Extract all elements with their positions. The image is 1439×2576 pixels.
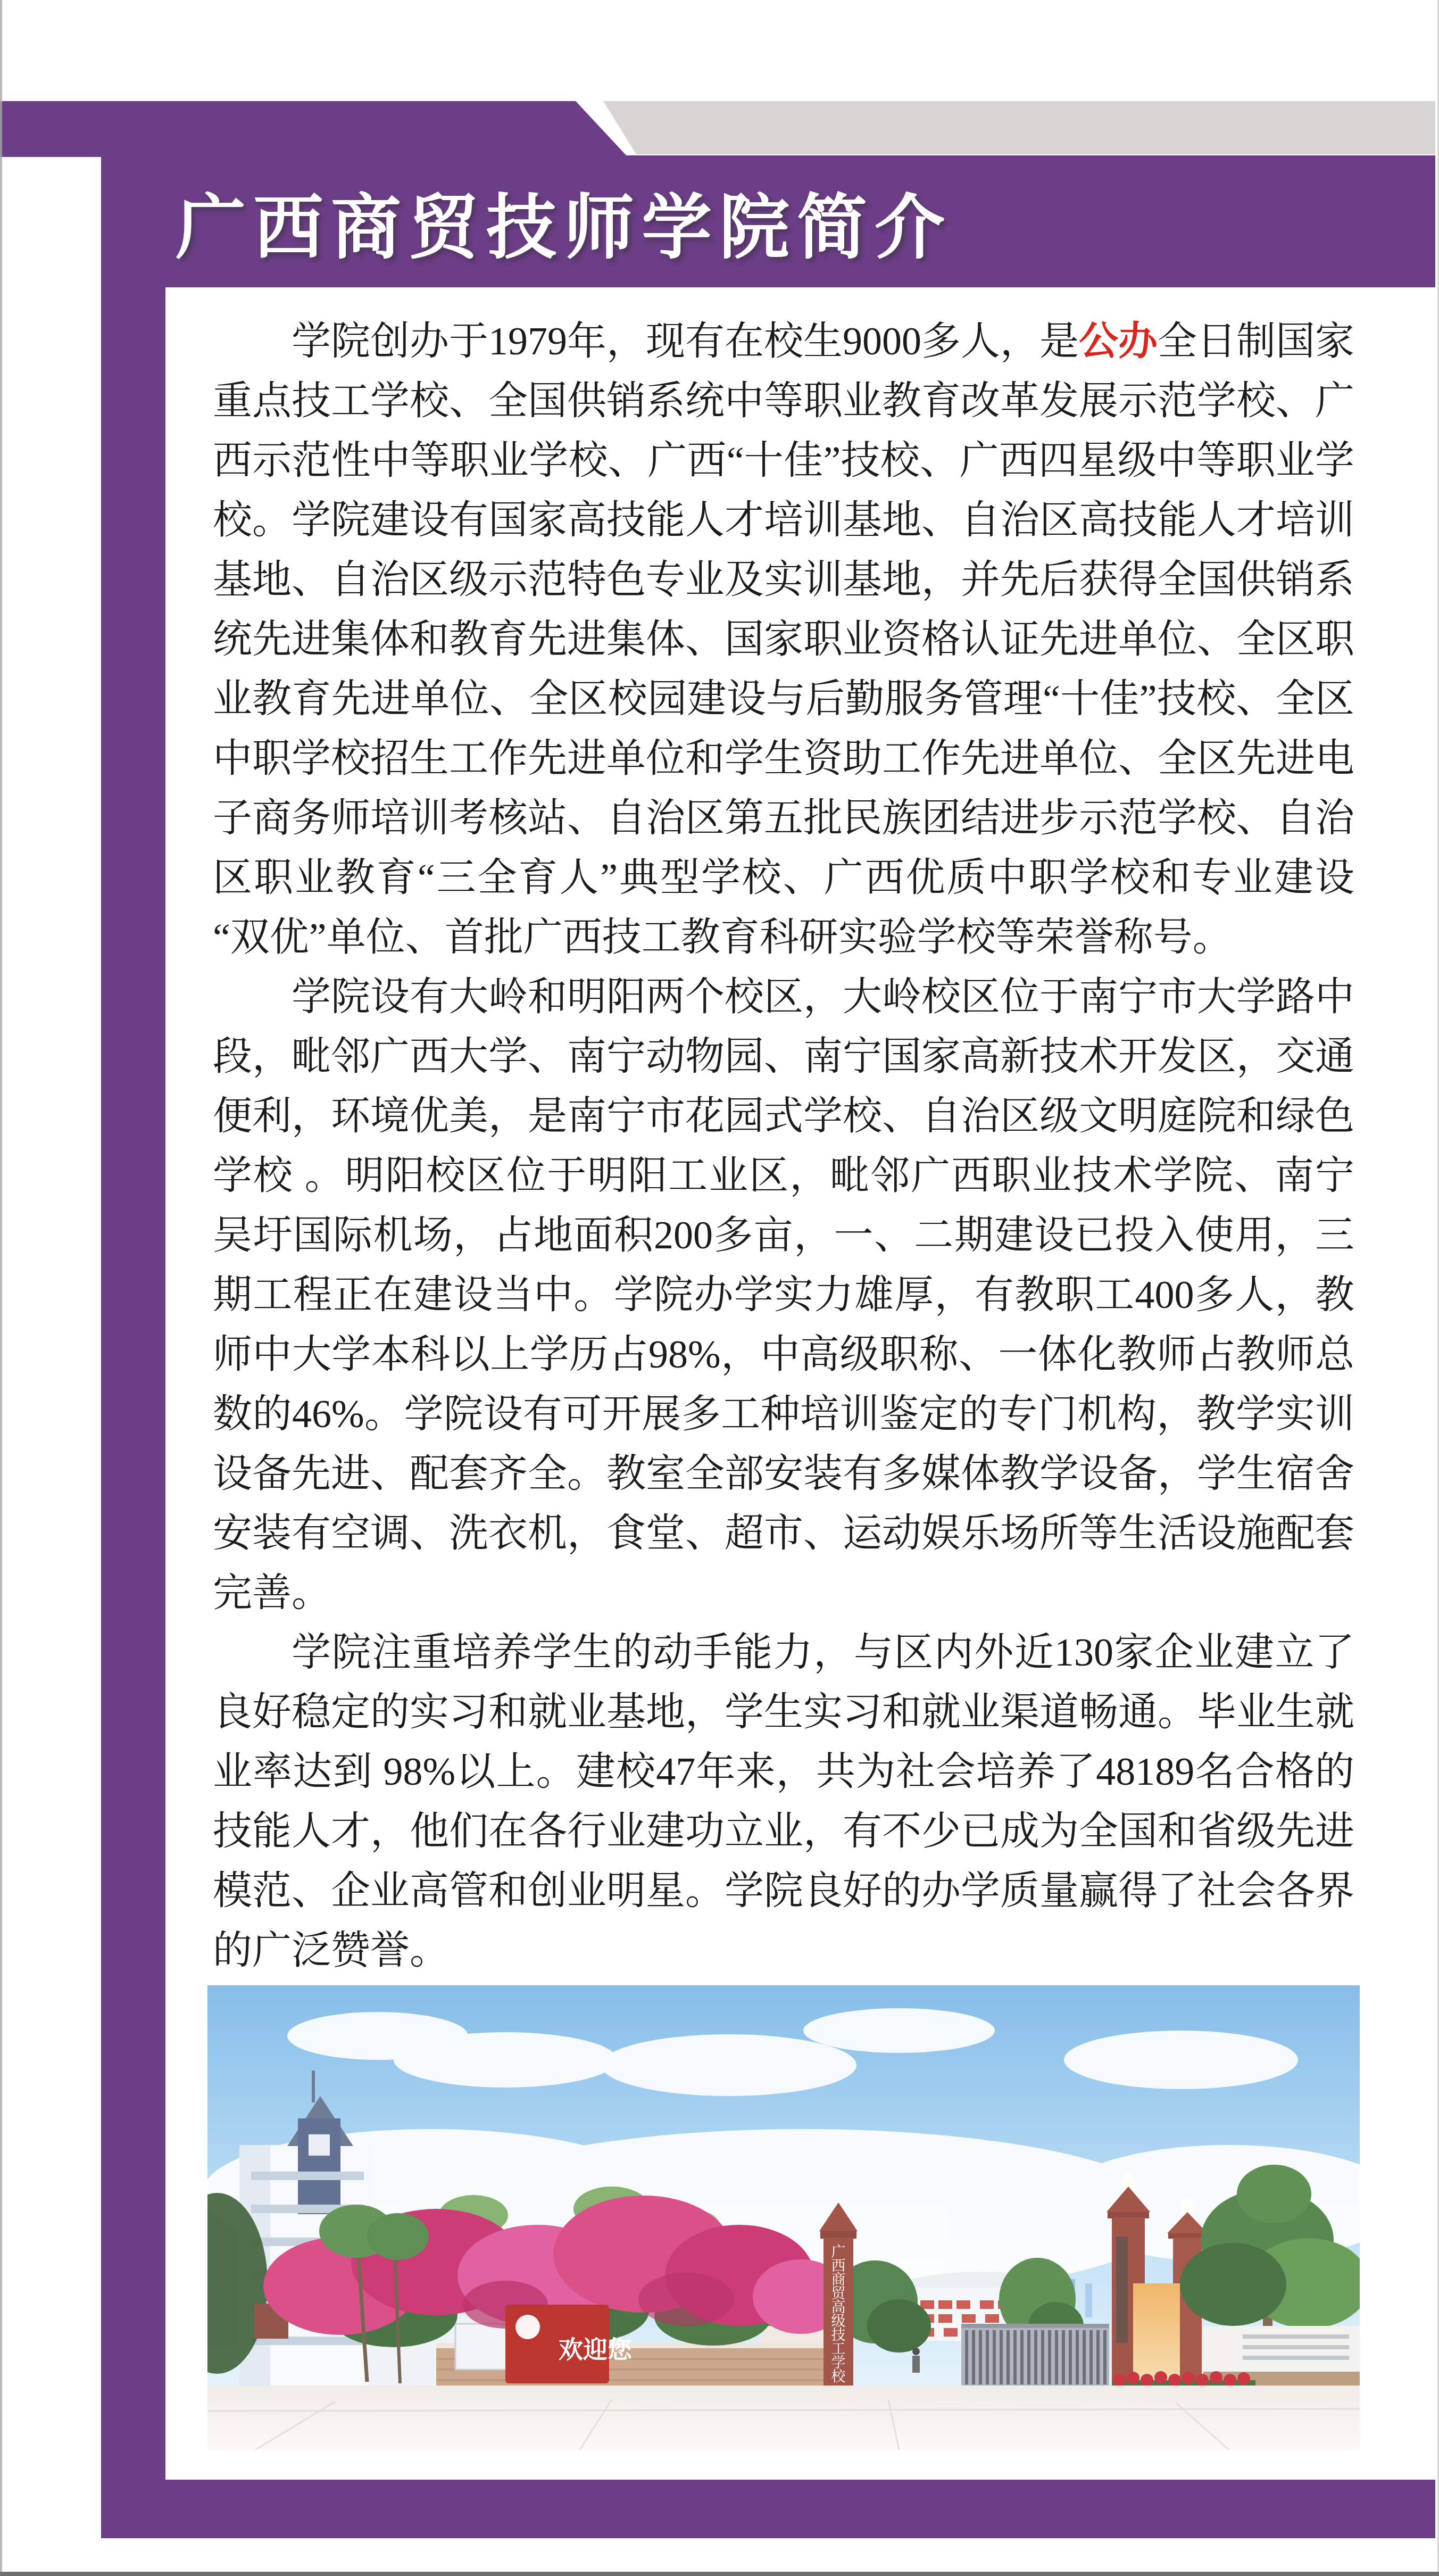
top-band-purple-shape [0,101,628,157]
intro-paragraph-1-rest: 全日制国家重点技工学校、全国供销系统中等职业教育改革发展示范学校、广西示范性中等… [213,320,1354,959]
public-school-highlight: 公办 [1079,320,1158,363]
intro-paragraph-1: 学院创办于1979年，现有在校生9000多人，是公办全日制国家重点技工学校、全国… [213,312,1354,967]
campus-photo-illustration: 欢迎您 广西商贸高级技工学校 [207,1985,1360,2450]
section-header: 广西商贸技师学院简介 [101,155,1435,287]
bottom-accent-bar [101,2480,1435,2538]
campus-photo: 欢迎您 广西商贸高级技工学校 [207,1985,1360,2450]
intro-paragraph-1-lead: 学院创办于1979年，现有在校生9000多人，是 [292,320,1079,363]
photo-haze [207,1985,1360,2450]
top-band-gray-shape [603,101,1435,154]
left-accent-bar [101,155,165,2538]
page-title: 广西商贸技师学院简介 [176,171,952,272]
intro-paragraph-2: 学院设有大岭和明阳两个校区，大岭校区位于南宁市大学路中段，毗邻广西大学、南宁动物… [213,967,1354,1623]
page-edge-left [0,0,2,2576]
page-edge-bottom [0,2572,1439,2576]
intro-paragraph-3: 学院注重培养学生的动手能力，与区内外近130家企业建立了良好稳定的实习和就业基地… [213,1623,1354,1981]
brochure-page: 广西商贸技师学院简介 学院创办于1979年，现有在校生9000多人，是公办全日制… [0,0,1439,2576]
intro-text-block: 学院创办于1979年，现有在校生9000多人，是公办全日制国家重点技工学校、全国… [213,312,1354,1981]
